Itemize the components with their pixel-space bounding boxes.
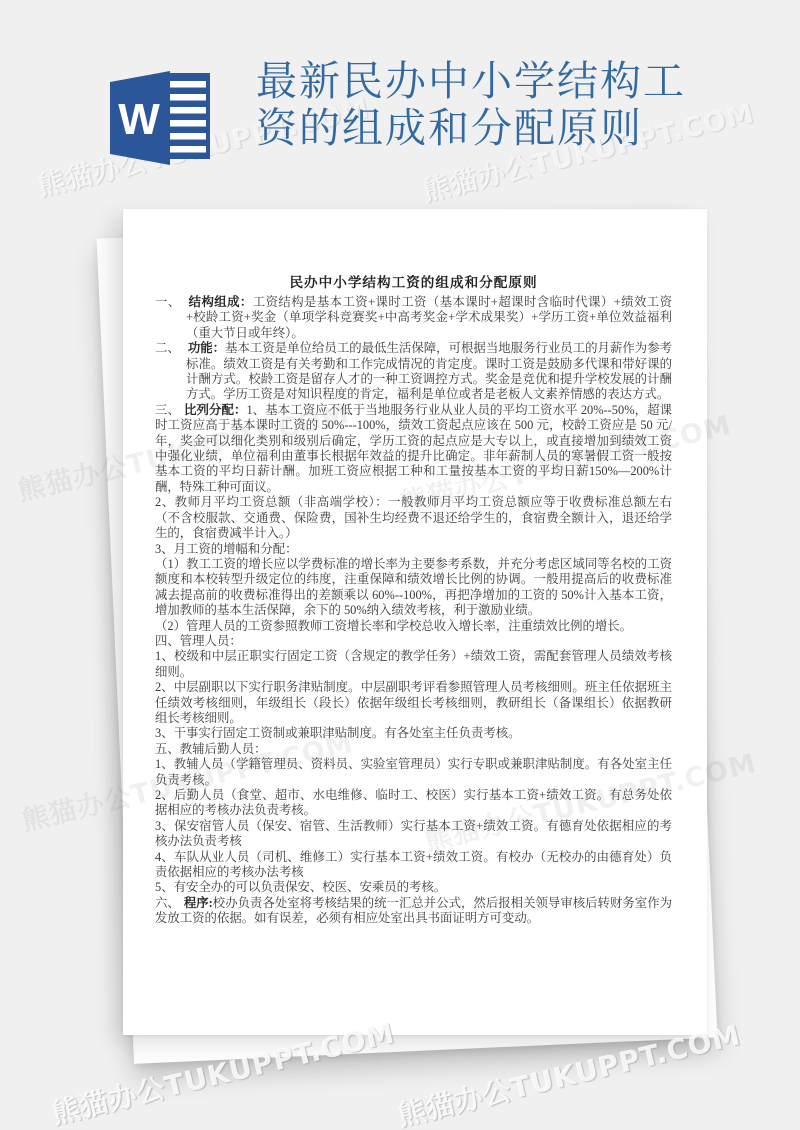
paragraph-label: 比列分配： (184, 403, 246, 417)
list-marker: 一、 (155, 295, 181, 309)
doc-paragraph: 六、程序:校办负责各处室将考核结果的统一汇总并公式，然后报相关领导审核后转财务室… (155, 896, 672, 927)
doc-paragraph: 4、车队从业人员（司机、维修工）实行基本工资+绩效工资。有校办（无校办的由德育处… (155, 850, 672, 881)
doc-paragraph: 2、后勤人员（食堂、超市、水电维修、临时工、校医）实行基本工资+绩效工资。有总务… (155, 788, 672, 819)
doc-paragraph: 四、管理人员： (155, 634, 672, 649)
paragraph-text: 校办负责各处室将考核结果的统一汇总并公式，然后报相关领导审核后转财务室作为发放工… (155, 896, 672, 925)
list-marker: 三、 (155, 403, 180, 417)
doc-paragraph: 二、功能：基本工资是单位给员工的最低生活保障，可根据当地服务行业员工的月薪作为参… (155, 341, 672, 403)
doc-paragraph: 三、比列分配：1、基本工资应不低于当地服务行业从业人员的平均工资水平 20%--… (155, 403, 672, 495)
doc-paragraph: 3、干事实行固定工资制或兼职津贴制度。有各处室主任负责考核。 (155, 726, 672, 741)
paragraph-label: 功能： (188, 341, 225, 355)
page-title: 最新民办中小学结构工 资的组成和分配原则 (256, 58, 726, 152)
doc-paragraph: 5、有安全办的可以负责保安、校医、安乘员的考核。 (155, 880, 672, 895)
doc-paragraph: 2、教师月平均工资总额（非高端学校）：一般教师月平均工资总额应等于收费标准总额左… (155, 495, 672, 541)
word-icon-letter: W (118, 95, 160, 144)
paragraph-text: 工资结构是基本工资+课时工资（基本课时+超课时含临时代课）+绩效工资+校龄工资+… (186, 295, 672, 340)
doc-paragraph: 1、校级和中层正职实行固定工资（含规定的教学任务）+绩效工资，需配套管理人员绩效… (155, 649, 672, 680)
page-title-line1: 最新民办中小学结构工 (256, 58, 726, 105)
list-marker: 二、 (155, 341, 180, 355)
doc-paragraph: 1、教辅人员（学籍管理员、资料员、实验室管理员）实行专职或兼职津贴制度。有各处室… (155, 757, 672, 788)
doc-paragraph: 一、结构组成：工资结构是基本工资+课时工资（基本课时+超课时含临时代课）+绩效工… (155, 295, 672, 341)
doc-paragraph: 2、中层副职以下实行职务津贴制度。中层副职考评看参照管理人员考核细则。班主任依据… (155, 680, 672, 726)
doc-paragraph: 3、月工资的增幅和分配： (155, 542, 672, 557)
document-preview-page: 熊猫办公TUKUPPT.COM 熊猫办公TUKUPPT.COM W 最新民办中小… (0, 0, 800, 1130)
doc-paragraph: 五、教辅后勤人员： (155, 742, 672, 757)
paragraph-text: 基本工资是单位给员工的最低生活保障，可根据当地服务行业员工的月薪作为参考标准。绩… (186, 341, 672, 401)
document-body: 民办中小学结构工资的组成和分配原则 一、结构组成：工资结构是基本工资+课时工资（… (123, 209, 707, 927)
doc-paragraph: （1）教工工资的增长应以学费标准的增长率为主要参考系数，并充分考虑区域同等名校的… (155, 557, 672, 619)
document-heading: 民办中小学结构工资的组成和分配原则 (155, 275, 672, 291)
list-marker: 六、 (155, 896, 180, 910)
document-page: 民办中小学结构工资的组成和分配原则 一、结构组成：工资结构是基本工资+课时工资（… (123, 209, 707, 1035)
header: W 最新民办中小学结构工 资的组成和分配原则 (0, 0, 800, 200)
page-title-line2: 资的组成和分配原则 (256, 105, 726, 152)
word-icon: W (106, 68, 212, 168)
doc-paragraph: （2）管理人员的工资参照教师工资增长率和学校总收入增长率，注重绩效比例的增长。 (155, 619, 672, 634)
paragraph-label: 程序: (184, 896, 213, 910)
paragraph-label: 结构组成： (189, 295, 253, 309)
doc-paragraph: 3、保安宿管人员（保安、宿管、生活教师）实行基本工资+绩效工资。有德育处依据相应… (155, 819, 672, 850)
